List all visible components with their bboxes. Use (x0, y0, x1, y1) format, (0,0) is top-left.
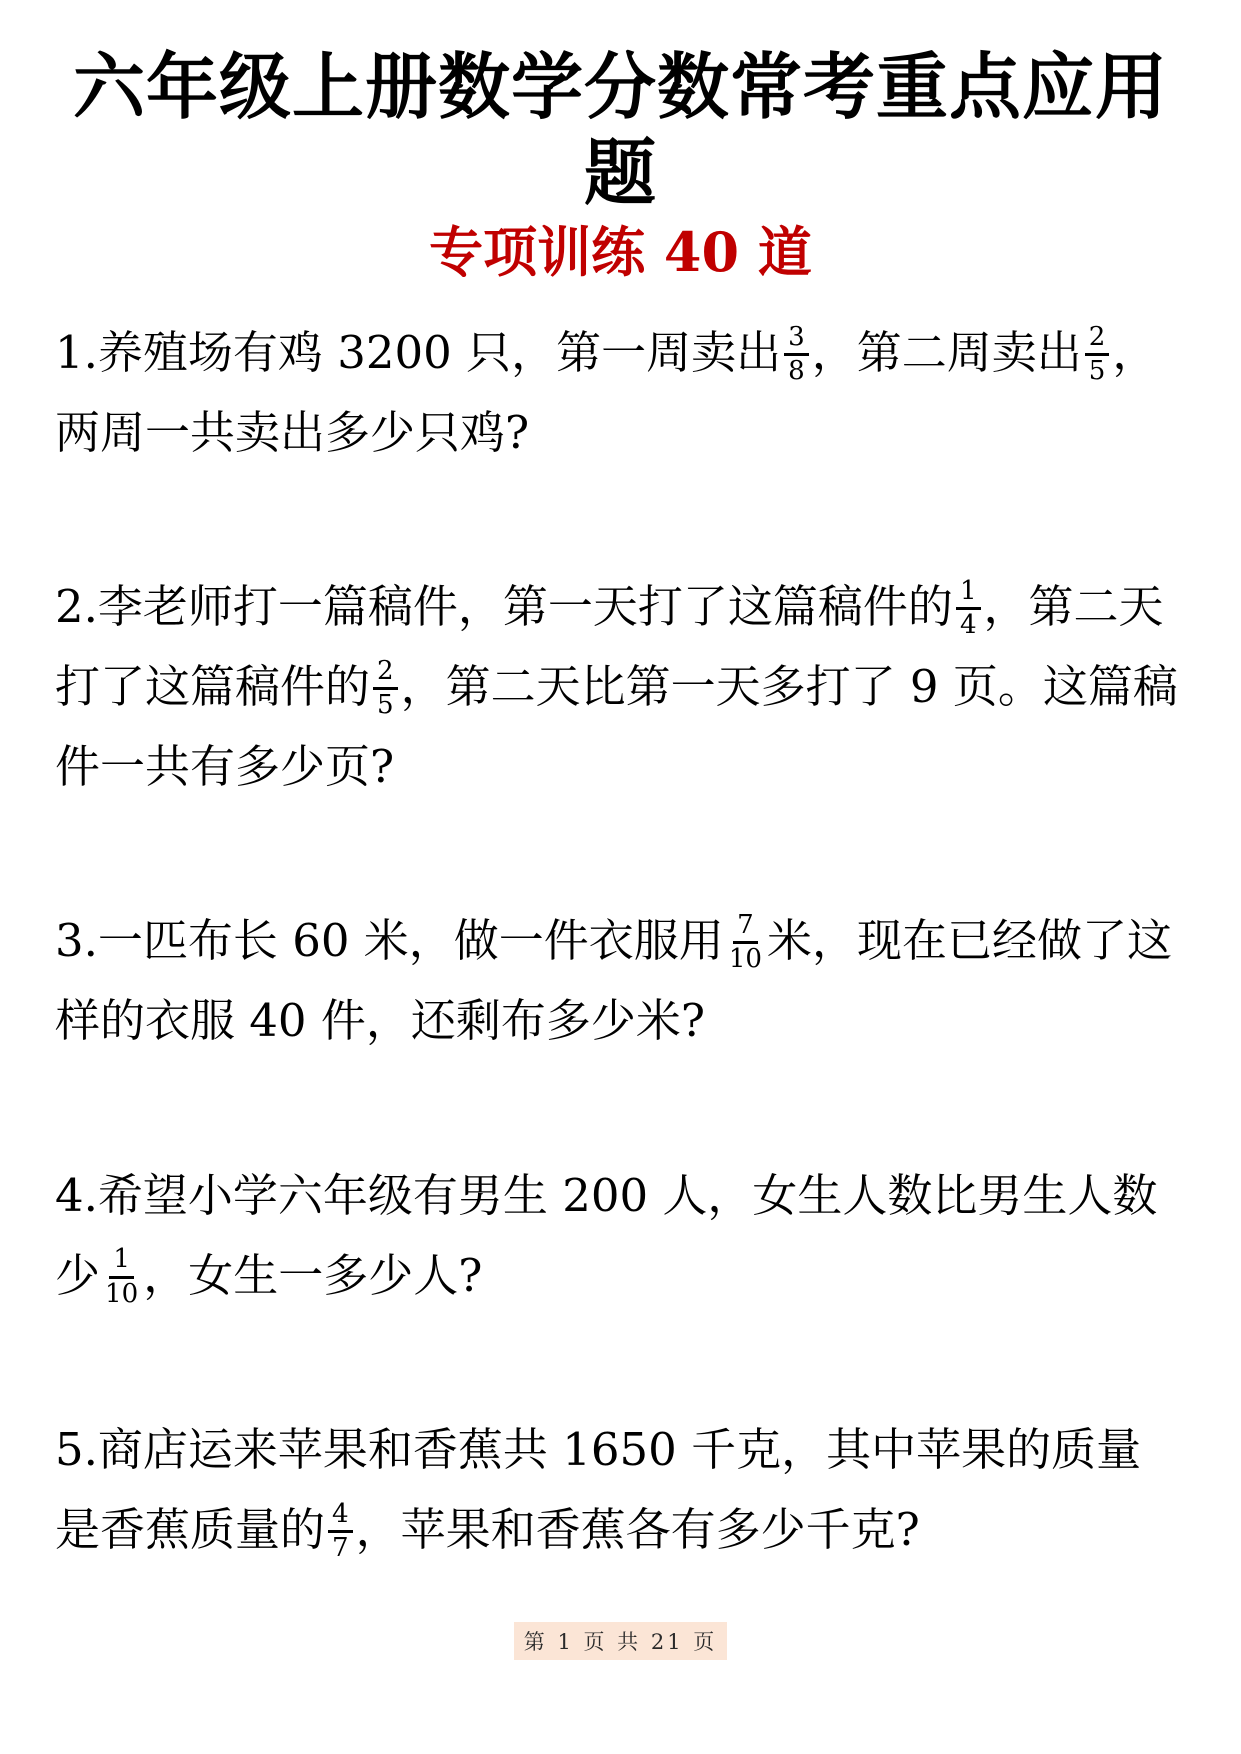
fraction: 38 (784, 323, 809, 386)
fraction: 14 (956, 577, 981, 640)
page-body: 六年级上册数学分数常考重点应用题 专项训练 40 道 1.养殖场有鸡 3200 … (0, 0, 1241, 1570)
problem: 5.商店运来苹果和香蕉共 1650 千克，其中苹果的质量是香蕉质量的47，苹果和… (55, 1410, 1186, 1570)
problem: 4.希望小学六年级有男生 200 人，女生人数比男生人数少110，女生一多少人? (55, 1156, 1186, 1316)
problem-text: ，女生一多少人? (143, 1249, 482, 1302)
fraction-numerator: 2 (373, 657, 398, 690)
fraction-denominator: 5 (1087, 356, 1108, 386)
problem-list: 1.养殖场有鸡 3200 只，第一周卖出38，第二周卖出25，两周一共卖出多少只… (55, 313, 1186, 1570)
fraction-denominator: 10 (727, 944, 764, 974)
problem-text: 1.养殖场有鸡 3200 只，第一周卖出 (55, 326, 781, 379)
page-subtitle: 专项训练 40 道 (55, 221, 1186, 283)
fraction-numerator: 7 (733, 911, 758, 944)
fraction-numerator: 1 (956, 577, 981, 610)
fraction-denominator: 8 (786, 356, 807, 386)
fraction-denominator: 4 (958, 610, 979, 640)
page-title: 六年级上册数学分数常考重点应用题 (55, 44, 1186, 217)
fraction-numerator: 2 (1085, 323, 1110, 356)
fraction: 25 (373, 657, 398, 720)
fraction: 47 (328, 1500, 353, 1563)
page-footer: 第 1 页 共 21 页 (0, 1622, 1241, 1660)
problem: 3.一匹布长 60 米，做一件衣服用710米，现在已经做了这样的衣服 40 件，… (55, 901, 1186, 1061)
problem: 2.李老师打一篇稿件，第一天打了这篇稿件的14，第二天打了这篇稿件的25，第二天… (55, 567, 1186, 807)
fraction-numerator: 4 (328, 1500, 353, 1533)
fraction-denominator: 5 (375, 690, 396, 720)
fraction: 110 (103, 1245, 140, 1308)
problem-text: 2.李老师打一篇稿件，第一天打了这篇稿件的 (55, 580, 953, 633)
problem-text: ，第二周卖出 (812, 326, 1082, 379)
worksheet-page: { "document": { "title": "六年级上册数学分数常考重点应… (0, 0, 1241, 1754)
fraction-numerator: 1 (109, 1245, 134, 1278)
problem: 1.养殖场有鸡 3200 只，第一周卖出38，第二周卖出25，两周一共卖出多少只… (55, 313, 1186, 473)
fraction-numerator: 3 (784, 323, 809, 356)
fraction: 710 (727, 911, 764, 974)
problem-text: ，苹果和香蕉各有多少千克? (356, 1503, 920, 1556)
fraction: 25 (1085, 323, 1110, 386)
fraction-denominator: 7 (330, 1533, 351, 1563)
fraction-denominator: 10 (103, 1279, 140, 1309)
problem-text: 3.一匹布长 60 米，做一件衣服用 (55, 914, 724, 967)
page-number-badge: 第 1 页 共 21 页 (514, 1622, 727, 1660)
